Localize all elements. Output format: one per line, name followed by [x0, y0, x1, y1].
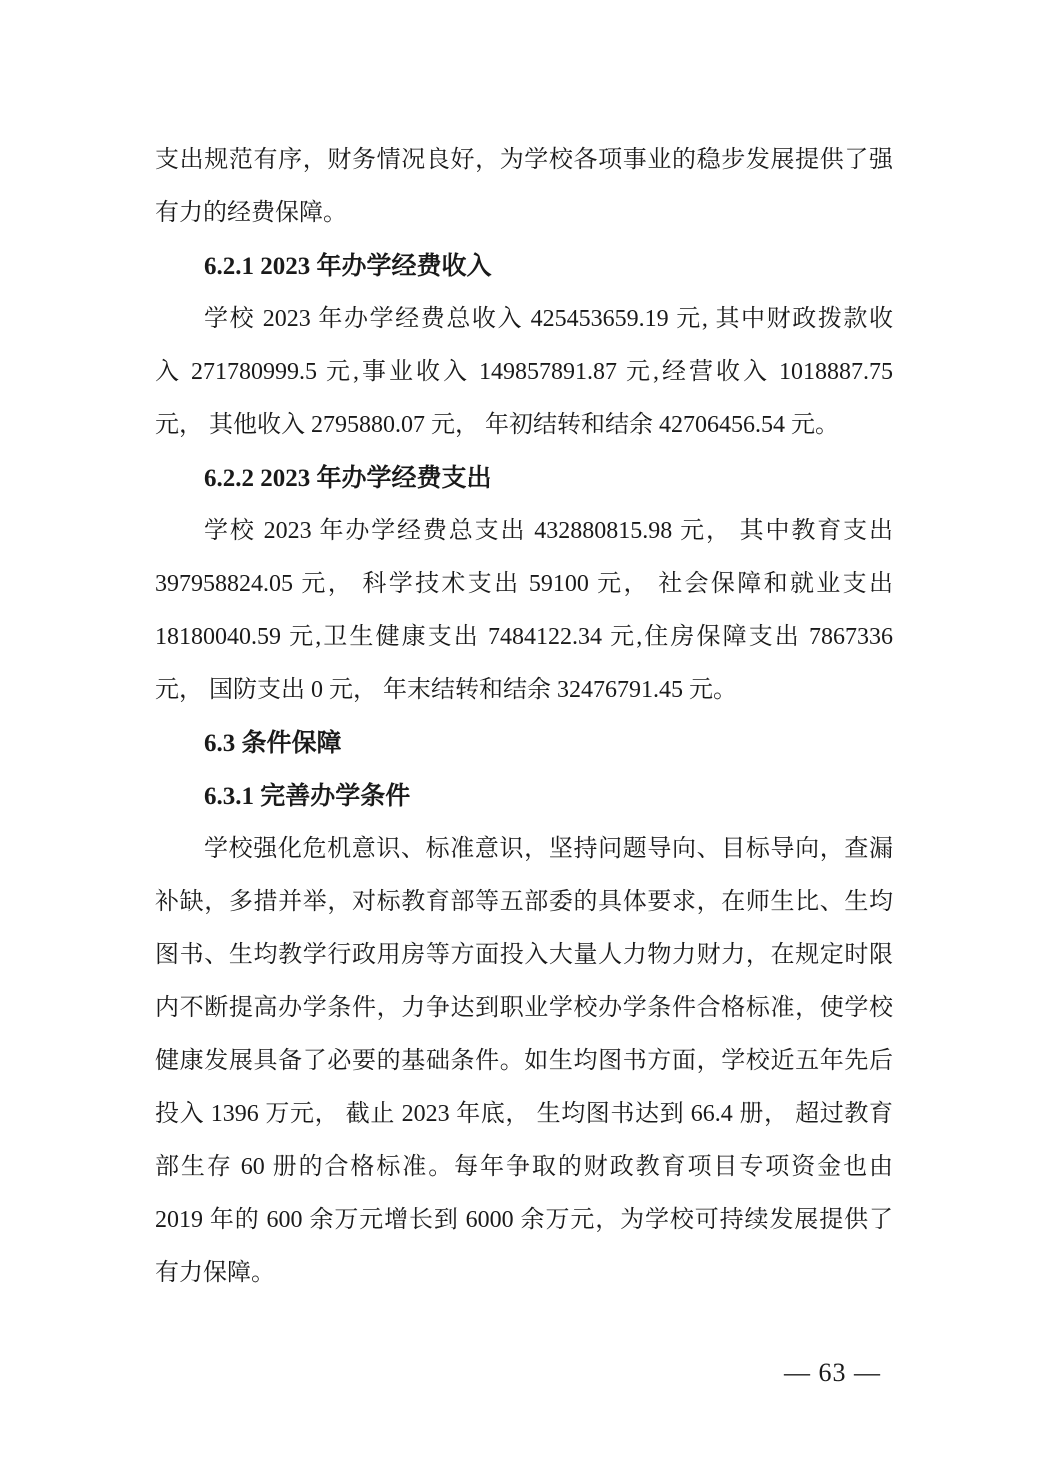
body-line: 补缺，多措并举，对标教育部等五部委的具体要求，在师生比、生均	[155, 876, 893, 929]
body-line: 有力保障。	[155, 1247, 893, 1300]
document-page: 支出规范有序，财务情况良好，为学校各项事业的稳步发展提供了强 有力的经费保障。 …	[0, 0, 1041, 1472]
body-line: 内不断提高办学条件，力争达到职业学校办学条件合格标准，使学校	[155, 982, 893, 1035]
heading-6-3: 6.3 条件保障	[155, 717, 893, 770]
body-line: 2019 年的 600 余万元增长到 6000 余万元，为学校可持续发展提供了	[155, 1194, 893, 1247]
body-line: 18180040.59 元,卫生健康支出 7484122.34 元,住房保障支出…	[155, 611, 893, 664]
body-line: 支出规范有序，财务情况良好，为学校各项事业的稳步发展提供了强	[155, 134, 893, 187]
body-line: 学校强化危机意识、标准意识，坚持问题导向、目标导向，查漏	[155, 823, 893, 876]
body-line: 图书、生均教学行政用房等方面投入大量人力物力财力，在规定时限	[155, 929, 893, 982]
heading-6-2-1: 6.2.1 2023 年办学经费收入	[155, 240, 893, 293]
body-line: 元， 国防支出 0 元， 年末结转和结余 32476791.45 元。	[155, 664, 893, 717]
body-line: 学校 2023 年办学经费总收入 425453659.19 元, 其中财政拨款收	[155, 293, 893, 346]
document-body: 支出规范有序，财务情况良好，为学校各项事业的稳步发展提供了强 有力的经费保障。 …	[155, 134, 893, 1300]
body-line: 健康发展具备了必要的基础条件。如生均图书方面，学校近五年先后	[155, 1035, 893, 1088]
body-line: 部生存 60 册的合格标准。每年争取的财政教育项目专项资金也由	[155, 1141, 893, 1194]
heading-6-3-1: 6.3.1 完善办学条件	[155, 770, 893, 823]
heading-6-2-2: 6.2.2 2023 年办学经费支出	[155, 452, 893, 505]
body-line: 有力的经费保障。	[155, 187, 893, 240]
page-number: — 63 —	[784, 1358, 881, 1388]
body-line: 投入 1396 万元， 截止 2023 年底， 生均图书达到 66.4 册， 超…	[155, 1088, 893, 1141]
body-line: 397958824.05 元， 科学技术支出 59100 元， 社会保障和就业支…	[155, 558, 893, 611]
body-line: 学校 2023 年办学经费总支出 432880815.98 元， 其中教育支出	[155, 505, 893, 558]
body-line: 元， 其他收入 2795880.07 元， 年初结转和结余 42706456.5…	[155, 399, 893, 452]
body-line: 入 271780999.5 元,事业收入 149857891.87 元,经营收入…	[155, 346, 893, 399]
